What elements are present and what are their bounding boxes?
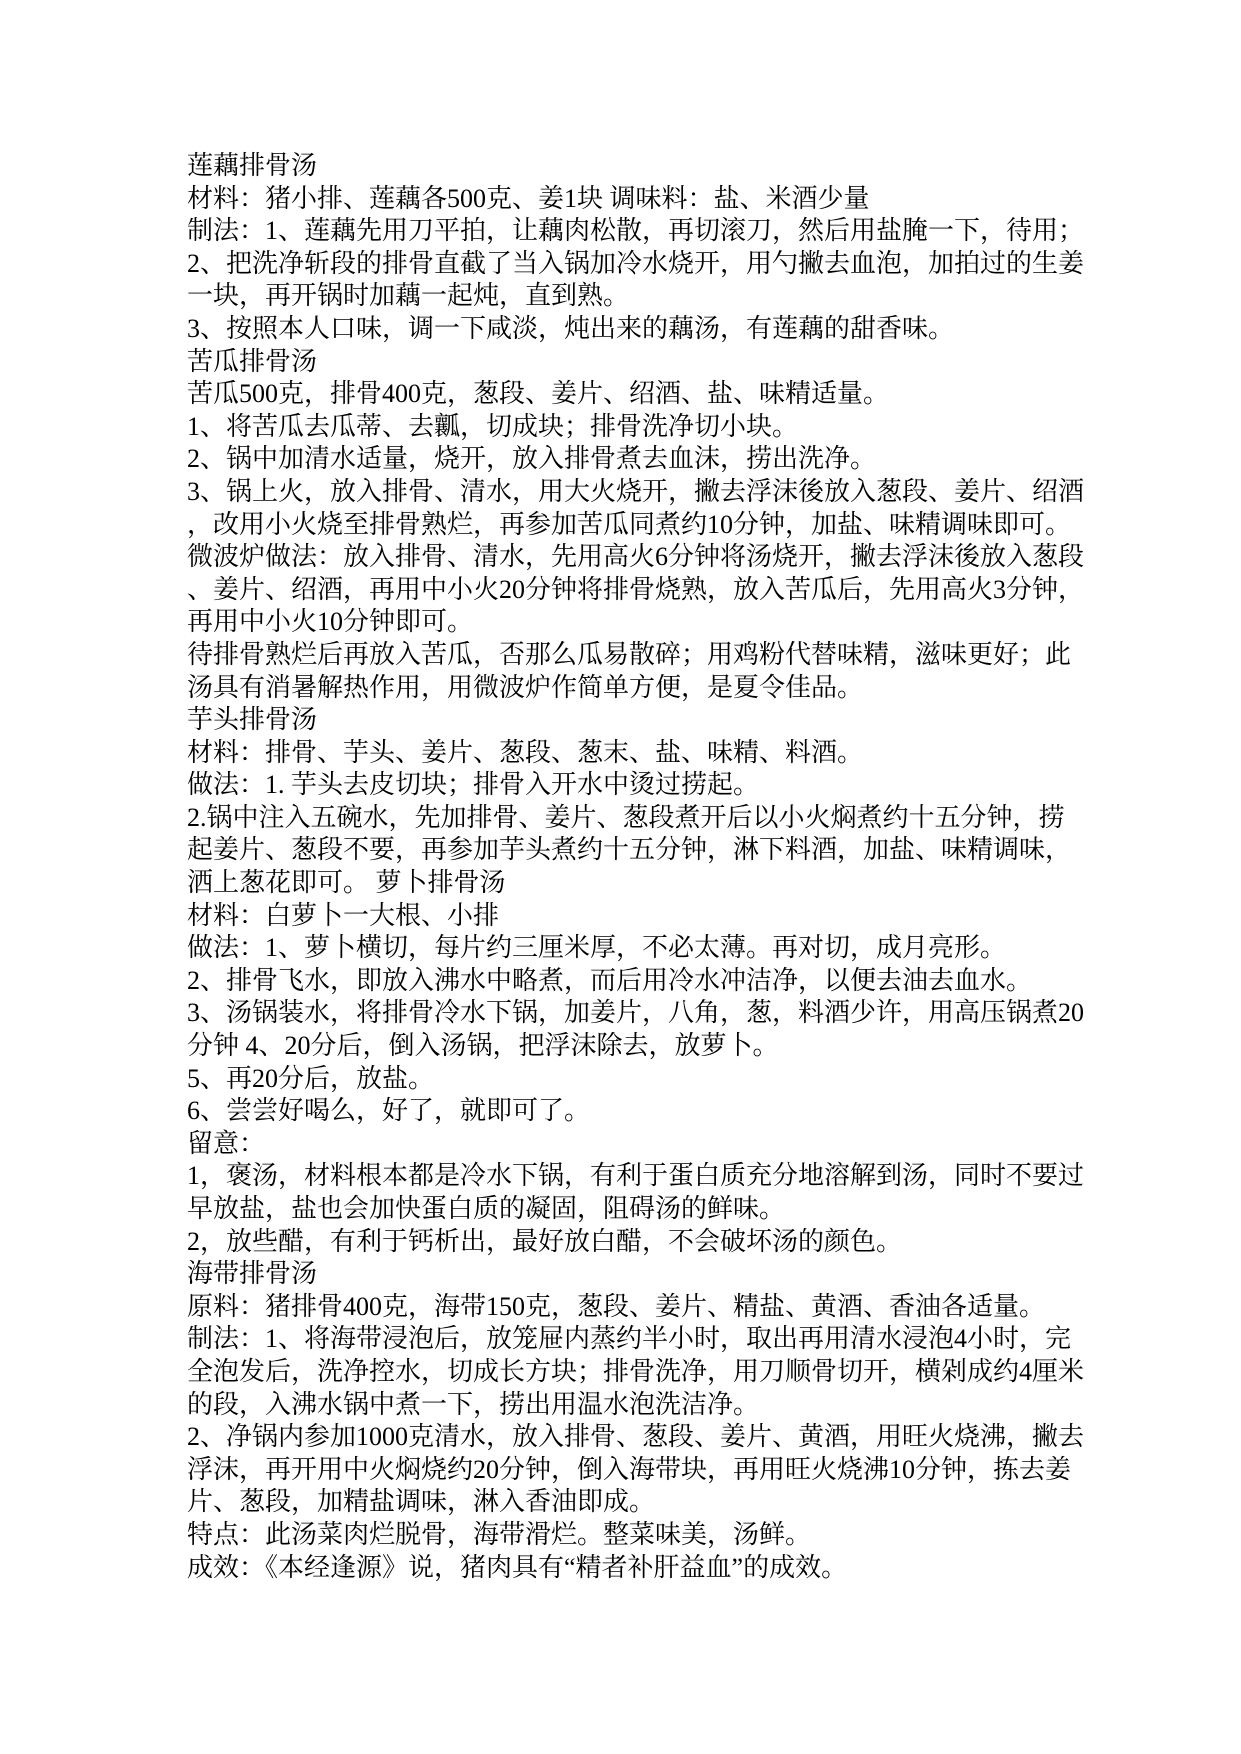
text-line: 海带排骨汤 bbox=[187, 1258, 1107, 1291]
text-line: 做法：1. 芋头去皮切块；排骨入开水中烫过捞起。 bbox=[187, 769, 1107, 802]
text-line: 做法：1、萝卜横切，每片约三厘米厚，不必太薄。再对切，成月亮形。 bbox=[187, 932, 1107, 965]
text-line: 材料：猪小排、莲藕各500克、姜1块 调味料：盐、米酒少量 bbox=[187, 183, 1107, 216]
text-line: 早放盐，盐也会加快蛋白质的凝固，阻碍汤的鲜味。 bbox=[187, 1193, 1107, 1226]
text-line: 2、把洗净斩段的排骨直截了当入锅加冷水烧开，用勺撇去血泡，加拍过的生姜 bbox=[187, 248, 1107, 281]
text-line: 2、排骨飞水，即放入沸水中略煮，而后用冷水冲洁净，以便去油去血水。 bbox=[187, 965, 1107, 998]
text-line: 3、锅上火，放入排骨、清水，用大火烧开，撇去浮沫後放入葱段、姜片、绍酒 bbox=[187, 476, 1107, 509]
text-line: 材料：排骨、芋头、姜片、葱段、葱末、盐、味精、料酒。 bbox=[187, 737, 1107, 770]
text-line: 2.锅中注入五碗水，先加排骨、姜片、葱段煮开后以小火焖煮约十五分钟，捞 bbox=[187, 802, 1107, 835]
text-line: 苦瓜排骨汤 bbox=[187, 346, 1107, 379]
text-line: ，改用小火烧至排骨熟烂，再参加苦瓜同煮约10分钟，加盐、味精调味即可。 bbox=[187, 509, 1107, 542]
text-line: 留意： bbox=[187, 1128, 1107, 1161]
text-line: 浮沫，再开用中火焖烧约20分钟，倒入海带块，再用旺火烧沸10分钟，拣去姜 bbox=[187, 1454, 1107, 1487]
text-line: 微波炉做法：放入排骨、清水，先用高火6分钟将汤烧开，撇去浮沫後放入葱段 bbox=[187, 541, 1107, 574]
text-line: 片、葱段，加精盐调味，淋入香油即成。 bbox=[187, 1486, 1107, 1519]
text-line: 6、尝尝好喝么，好了，就即可了。 bbox=[187, 1095, 1107, 1128]
document-body: 莲藕排骨汤材料：猪小排、莲藕各500克、姜1块 调味料：盐、米酒少量制法：1、莲… bbox=[187, 150, 1107, 1584]
text-line: 洒上葱花即可。 萝卜排骨汤 bbox=[187, 867, 1107, 900]
text-line: 再用中小火10分钟即可。 bbox=[187, 606, 1107, 639]
text-line: 1、将苦瓜去瓜蒂、去瓤，切成块；排骨洗净切小块。 bbox=[187, 411, 1107, 444]
text-line: 分钟 4、20分后，倒入汤锅，把浮沫除去，放萝卜。 bbox=[187, 1030, 1107, 1063]
text-line: 、姜片、绍酒，再用中小火20分钟将排骨烧熟，放入苦瓜后，先用高火3分钟， bbox=[187, 574, 1107, 607]
text-line: 制法：1、莲藕先用刀平拍，让藕肉松散，再切滚刀，然后用盐腌一下，待用； bbox=[187, 215, 1107, 248]
text-line: 起姜片、葱段不要，再参加芋头煮约十五分钟，淋下料酒，加盐、味精调味， bbox=[187, 834, 1107, 867]
text-line: 2、净锅内参加1000克清水，放入排骨、葱段、姜片、黄酒，用旺火烧沸，撇去 bbox=[187, 1421, 1107, 1454]
text-line: 全泡发后，洗净控水，切成长方块；排骨洗净，用刀顺骨切开，横剁成约4厘米 bbox=[187, 1356, 1107, 1389]
text-line: 原料：猪排骨400克，海带150克，葱段、姜片、精盐、黄酒、香油各适量。 bbox=[187, 1291, 1107, 1324]
text-line: 1，褒汤，材料根本都是冷水下锅，有利于蛋白质充分地溶解到汤，同时不要过 bbox=[187, 1160, 1107, 1193]
text-line: 5、再20分后，放盐。 bbox=[187, 1063, 1107, 1096]
text-line: 3、汤锅装水，将排骨冷水下锅，加姜片，八角，葱，料酒少许，用高压锅煮20 bbox=[187, 997, 1107, 1030]
text-line: 2，放些醋，有利于钙析出，最好放白醋，不会破坏汤的颜色。 bbox=[187, 1226, 1107, 1259]
text-line: 待排骨熟烂后再放入苦瓜，否那么瓜易散碎；用鸡粉代替味精，滋味更好；此 bbox=[187, 639, 1107, 672]
text-line: 汤具有消暑解热作用，用微波炉作简单方便，是夏令佳品。 bbox=[187, 672, 1107, 705]
text-line: 一块，再开锅时加藕一起炖，直到熟。 bbox=[187, 280, 1107, 313]
text-line: 芋头排骨汤 bbox=[187, 704, 1107, 737]
text-line: 莲藕排骨汤 bbox=[187, 150, 1107, 183]
text-line: 2、锅中加清水适量，烧开，放入排骨煮去血沫，捞出洗净。 bbox=[187, 443, 1107, 476]
text-line: 特点：此汤菜肉烂脱骨，海带滑烂。整菜味美，汤鲜。 bbox=[187, 1519, 1107, 1552]
text-line: 成效：《本经逢源》说，猪肉具有“精者补肝益血”的成效。 bbox=[187, 1552, 1107, 1585]
document-page: 莲藕排骨汤材料：猪小排、莲藕各500克、姜1块 调味料：盐、米酒少量制法：1、莲… bbox=[0, 0, 1241, 1754]
text-line: 的段，入沸水锅中煮一下，捞出用温水泡洗洁净。 bbox=[187, 1389, 1107, 1422]
text-line: 3、按照本人口味，调一下咸淡，炖出来的藕汤，有莲藕的甜香味。 bbox=[187, 313, 1107, 346]
text-line: 苦瓜500克，排骨400克，葱段、姜片、绍酒、盐、味精适量。 bbox=[187, 378, 1107, 411]
text-line: 材料：白萝卜一大根、小排 bbox=[187, 900, 1107, 933]
text-line: 制法：1、将海带浸泡后，放笼屉内蒸约半小时，取出再用清水浸泡4小时，完 bbox=[187, 1323, 1107, 1356]
